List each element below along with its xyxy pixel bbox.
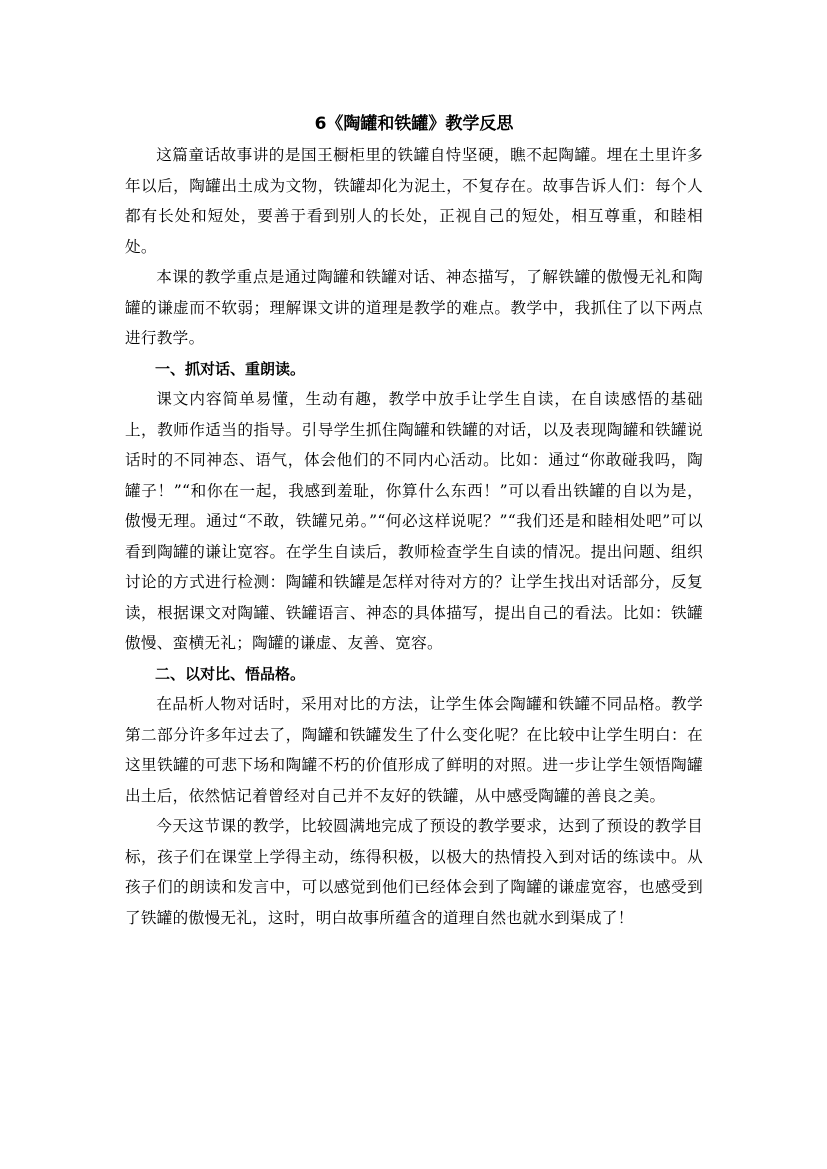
- paragraph-teaching-focus: 本课的教学重点是通过陶罐和铁罐对话、神态描写，了解铁罐的傲慢无礼和陶罐的谦虚而不…: [125, 262, 703, 354]
- paragraph-intro: 这篇童话故事讲的是国王橱柜里的铁罐自恃坚硬，瞧不起陶罐。埋在土里许多年以后，陶罐…: [125, 140, 703, 262]
- document-page: 6《陶罐和铁罐》教学反思 这篇童话故事讲的是国王橱柜里的铁罐自恃坚硬，瞧不起陶罐…: [125, 108, 703, 933]
- document-title: 6《陶罐和铁罐》教学反思: [125, 108, 703, 140]
- section-heading-2: 二、以对比、悟品格。: [125, 659, 703, 690]
- paragraph-dialogue-reading: 课文内容简单易懂，生动有趣，教学中放手让学生自读，在自读感悟的基础上，教师作适当…: [125, 384, 703, 659]
- paragraph-contrast: 在品析人物对话时，采用对比的方法，让学生体会陶罐和铁罐不同品格。教学第二部分许多…: [125, 689, 703, 811]
- section-heading-1: 一、抓对话、重朗读。: [125, 354, 703, 385]
- paragraph-conclusion: 今天这节课的教学，比较圆满地完成了预设的教学要求，达到了预设的教学目标，孩子们在…: [125, 811, 703, 933]
